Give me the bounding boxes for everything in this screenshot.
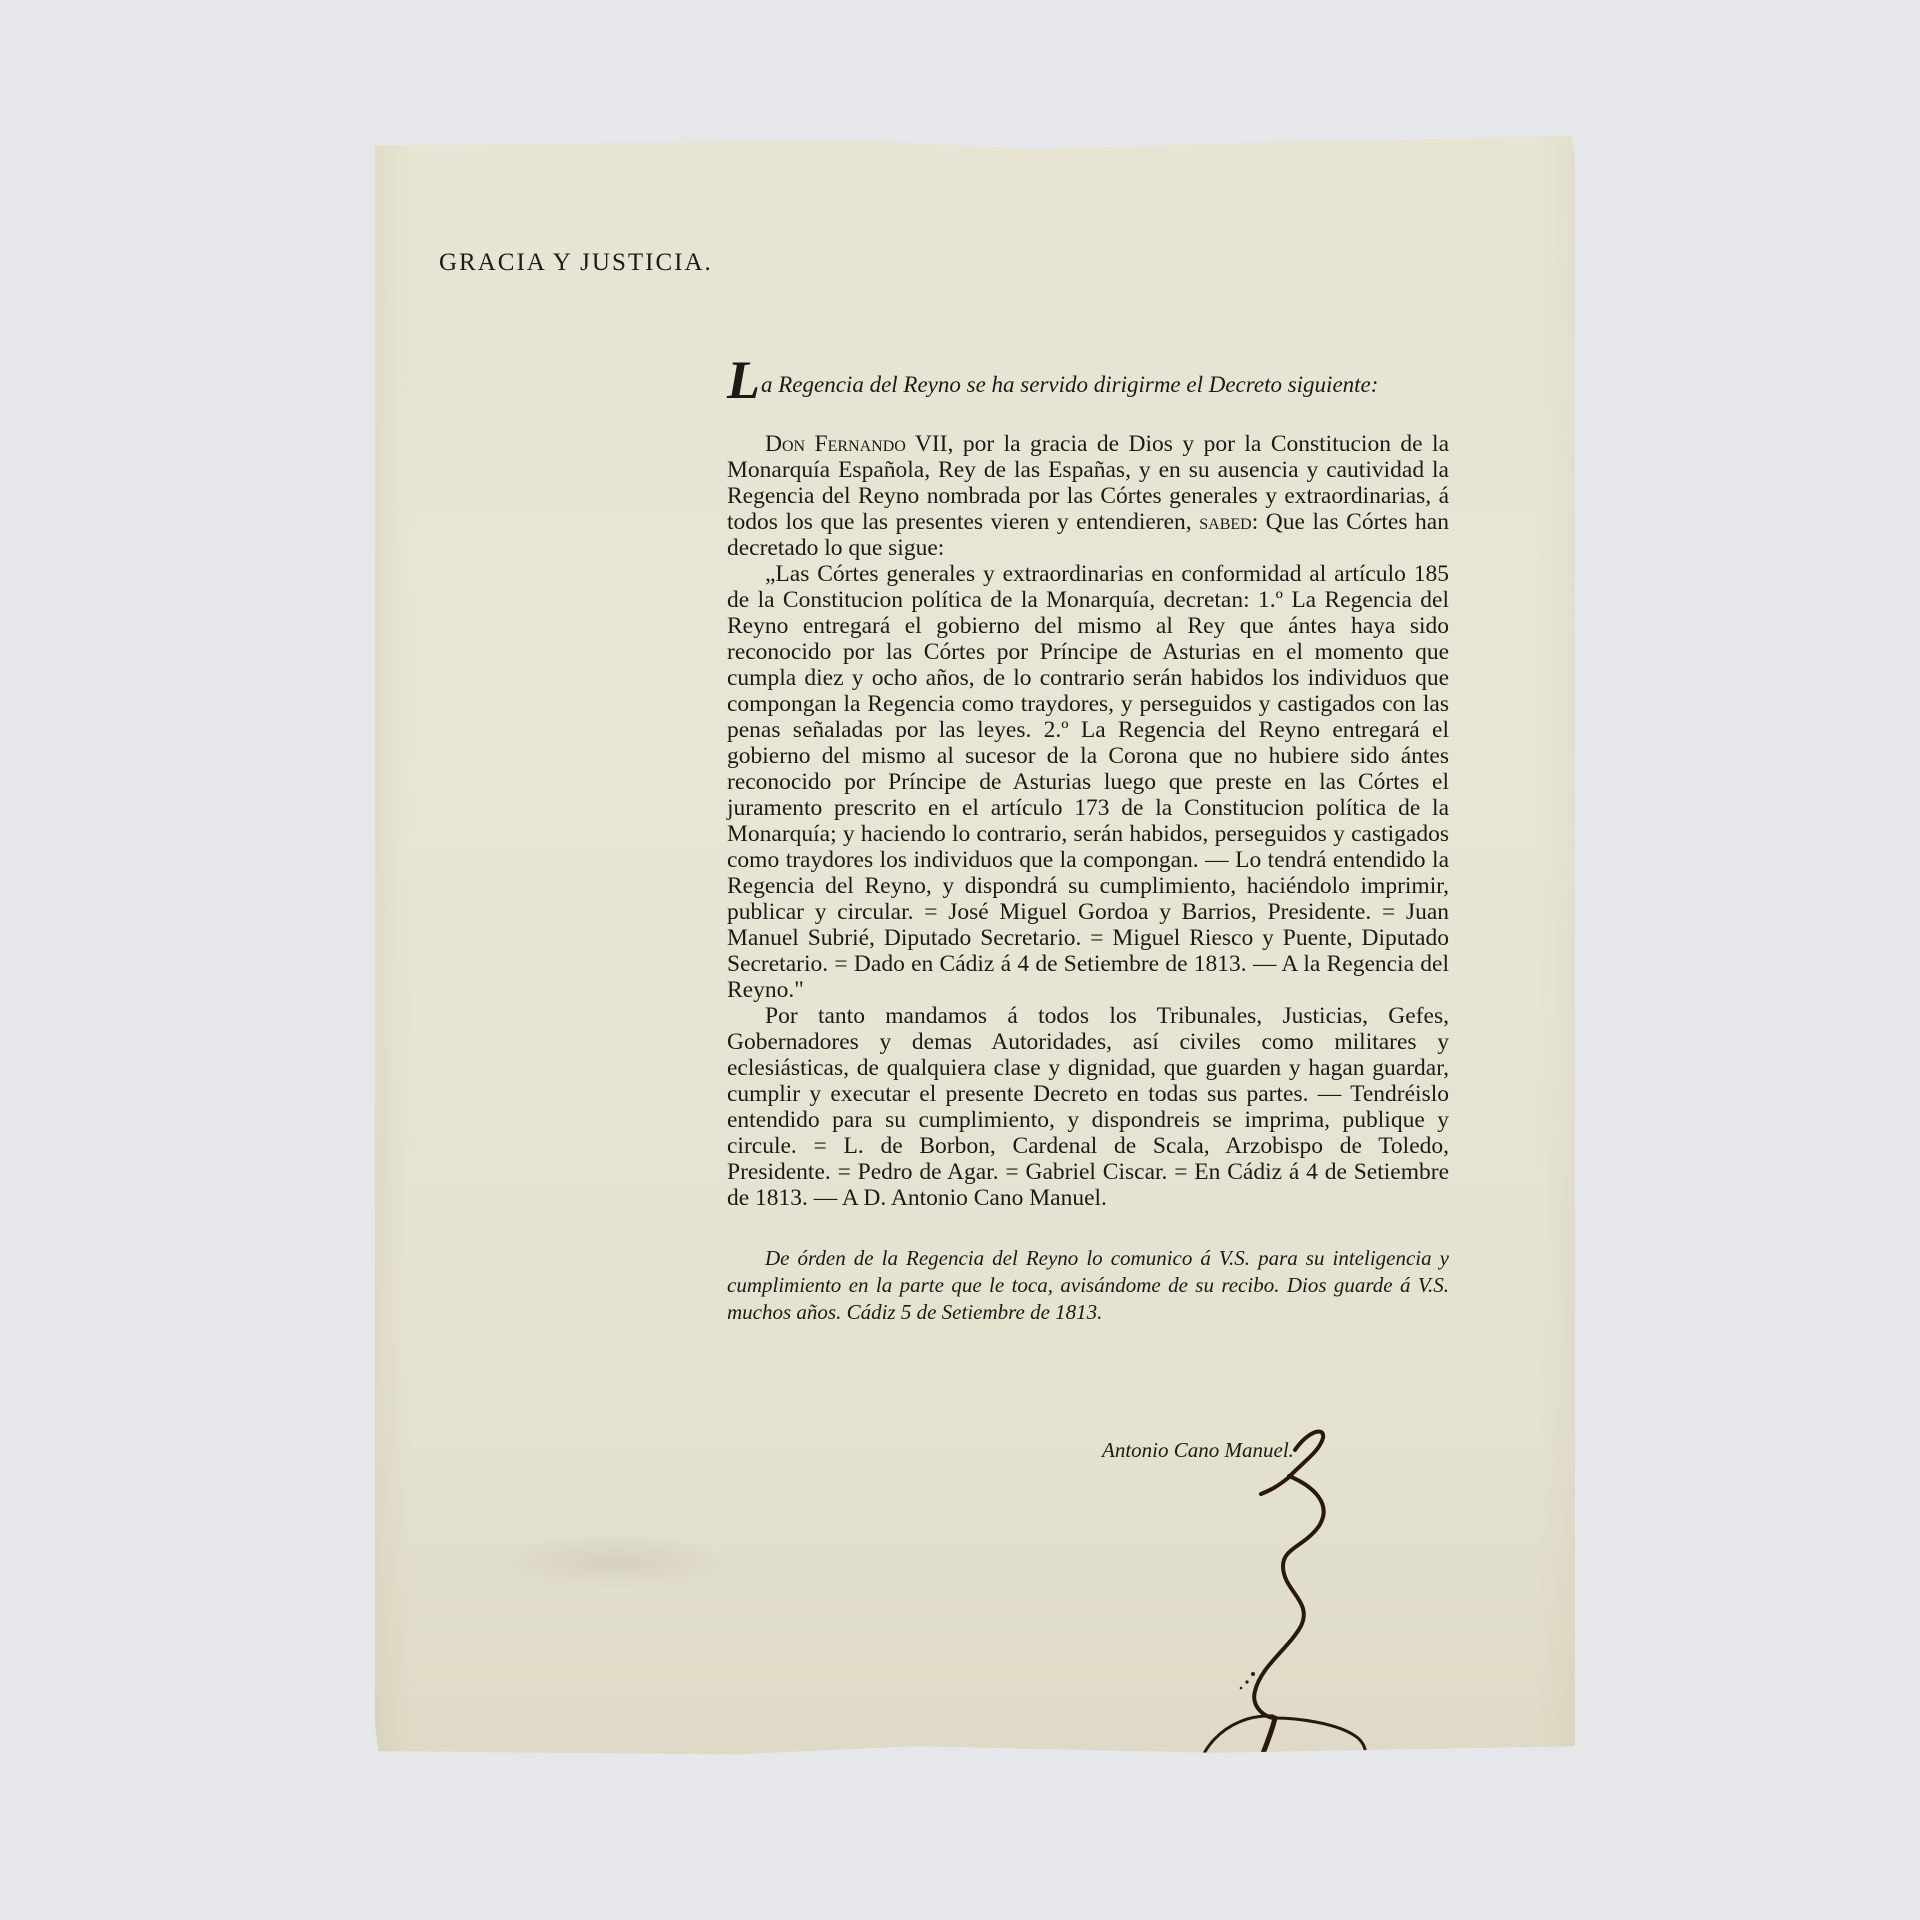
sabed-word: sabed	[1199, 509, 1251, 535]
intro-text: a Regencia del Reyno se ha servido dirig…	[761, 372, 1378, 397]
document-sheet: GRACIA Y JUSTICIA. La Regencia del Reyno…	[375, 136, 1575, 1756]
drop-cap: L	[727, 350, 760, 410]
paragraph-preamble: Don Fernando VII, por la gracia de Dios …	[727, 431, 1449, 561]
king-name: Don Fernando	[765, 431, 906, 457]
department-heading: GRACIA Y JUSTICIA.	[439, 249, 713, 277]
closing-paragraph: De órden de la Regencia del Reyno lo com…	[727, 1245, 1449, 1326]
document-body: La Regencia del Reyno se ha servido diri…	[727, 364, 1827, 1326]
decree-text: Don Fernando VII, por la gracia de Dios …	[727, 431, 1449, 1211]
signature-icon	[1183, 1426, 1383, 1871]
paragraph-mandate: Por tanto mandamos á todos los Tribunale…	[727, 1003, 1449, 1211]
paragraph-decree: „Las Córtes generales y extraordinarias …	[727, 561, 1449, 1003]
intro-line: La Regencia del Reyno se ha servido diri…	[727, 364, 1827, 401]
